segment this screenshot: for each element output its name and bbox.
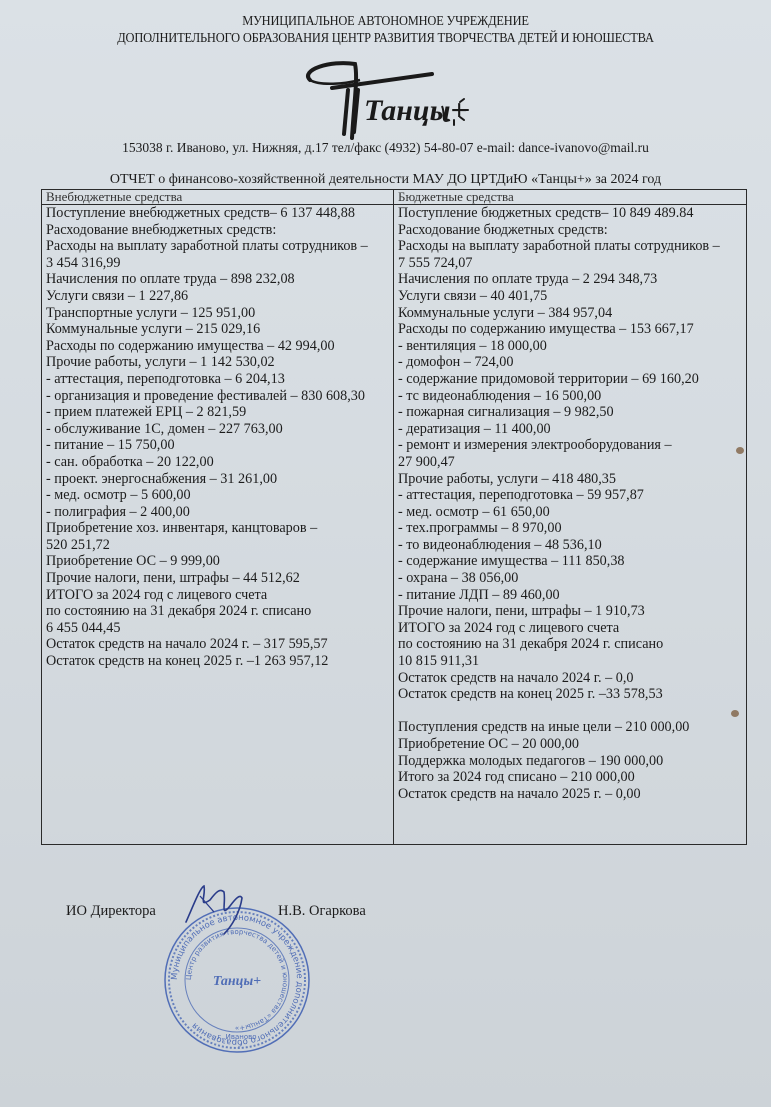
tantsy-logo-icon: Танцы+: [300, 58, 490, 140]
report-line: Остаток средств на конец 2025 г. –1 263 …: [46, 653, 389, 670]
svg-text:Танцы+: Танцы+: [213, 974, 261, 989]
table-header-row: Внебюджетные средства Бюджетные средства: [42, 190, 747, 205]
report-line: Прочие работы, услуги – 1 142 530,02: [46, 354, 389, 371]
report-line: - охрана – 38 056,00: [398, 570, 742, 587]
report-line: Поступления средств на иные цели – 210 0…: [398, 719, 742, 736]
report-line: - ремонт и измерения электрооборудования…: [398, 437, 742, 454]
report-title: ОТЧЕТ о финансово-хозяйственной деятельн…: [0, 172, 771, 188]
report-line: - прием платежей ЕРЦ – 2 821,59: [46, 404, 389, 421]
report-line: Остаток средств на начало 2024 г. – 317 …: [46, 636, 389, 653]
report-line: Коммунальные услуги – 384 957,04: [398, 305, 742, 322]
report-line: Поступление бюджетных средств– 10 849 48…: [398, 205, 742, 222]
report-line: 7 555 724,07: [398, 255, 742, 272]
report-line: - сан. обработка – 20 122,00: [46, 454, 389, 471]
report-line: 10 815 911,31: [398, 653, 742, 670]
report-line: - тс видеонаблюдения – 16 500,00: [398, 388, 742, 405]
paper-speck: [731, 710, 739, 717]
report-line: Остаток средств на начало 2025 г. – 0,00: [398, 786, 742, 803]
report-line: Остаток средств на начало 2024 г. – 0,0: [398, 670, 742, 687]
report-line: - организация и проведение фестивалей – …: [46, 388, 389, 405]
table-body-row: Поступление внебюджетных средств– 6 137 …: [42, 205, 747, 845]
signatory-role: ИО Директора: [66, 903, 156, 920]
report-line: Транспортные услуги – 125 951,00: [46, 305, 389, 322]
report-line: ИТОГО за 2024 год с лицевого счета: [398, 620, 742, 637]
report-line: - тех.программы – 8 970,00: [398, 520, 742, 537]
report-line: 3 454 316,99: [46, 255, 389, 272]
report-line: - аттестация, переподготовка – 59 957,87: [398, 487, 742, 504]
report-line: по состоянию на 31 декабря 2024 г. списа…: [398, 636, 742, 653]
handwritten-signature-icon: [180, 882, 250, 937]
report-line: 520 251,72: [46, 537, 389, 554]
report-line: Расходы по содержанию имущества – 153 66…: [398, 321, 742, 338]
report-line: Приобретение ОС – 20 000,00: [398, 736, 742, 753]
org-name-line-2: ДОПОЛНИТЕЛЬНОГО ОБРАЗОВАНИЯ ЦЕНТР РАЗВИТ…: [31, 29, 740, 46]
report-line: Приобретение хоз. инвентаря, канцтоваров…: [46, 520, 389, 537]
report-line: - вентиляция – 18 000,00: [398, 338, 742, 355]
report-line: Прочие работы, услуги – 418 480,35: [398, 471, 742, 488]
report-line: - полиграфия – 2 400,00: [46, 504, 389, 521]
report-line: Расходы на выплату заработной платы сотр…: [46, 238, 389, 255]
svg-text:Танцы+: Танцы+: [364, 94, 468, 127]
report-line: Услуги связи – 40 401,75: [398, 288, 742, 305]
org-name-line-1: МУНИЦИПАЛЬНОЕ АВТОНОМНОЕ УЧРЕЖДЕНИЕ: [31, 12, 740, 29]
budgetary-column: Поступление бюджетных средств– 10 849 48…: [394, 205, 747, 845]
report-line: Поступление внебюджетных средств– 6 137 …: [46, 205, 389, 222]
report-line: Коммунальные услуги – 215 029,16: [46, 321, 389, 338]
report-line: Начисления по оплате труда – 898 232,08: [46, 271, 389, 288]
report-line: Начисления по оплате труда – 2 294 348,7…: [398, 271, 742, 288]
report-line: - проект. энергоснабжения – 31 261,00: [46, 471, 389, 488]
spacer: [398, 703, 742, 720]
report-line: - питание – 15 750,00: [46, 437, 389, 454]
report-line: 27 900,47: [398, 454, 742, 471]
report-line: - содержание имущества – 111 850,38: [398, 553, 742, 570]
report-line: - домофон – 724,00: [398, 354, 742, 371]
report-line: Приобретение ОС – 9 999,00: [46, 553, 389, 570]
report-line: - мед. осмотр – 5 600,00: [46, 487, 389, 504]
report-line: Прочие налоги, пени, штрафы – 1 910,73: [398, 603, 742, 620]
report-line: Расходование внебюджетных средств:: [46, 222, 389, 239]
report-line: - содержание придомовой территории – 69 …: [398, 371, 742, 388]
report-line: Итого за 2024 год списано – 210 000,00: [398, 769, 742, 786]
extrabudgetary-column: Поступление внебюджетных средств– 6 137 …: [42, 205, 394, 845]
report-line: - питание ЛДП – 89 460,00: [398, 587, 742, 604]
report-line: Поддержка молодых педагогов – 190 000,00: [398, 753, 742, 770]
header-budgetary: Бюджетные средства: [394, 190, 747, 205]
report-line: - то видеонаблюдения – 48 536,10: [398, 537, 742, 554]
report-line: - обслуживание 1С, домен – 227 763,00: [46, 421, 389, 438]
report-line: Остаток средств на конец 2025 г. –33 578…: [398, 686, 742, 703]
report-line: Расходы на выплату заработной платы сотр…: [398, 238, 742, 255]
report-line: 6 455 044,45: [46, 620, 389, 637]
report-line: - пожарная сигнализация – 9 982,50: [398, 404, 742, 421]
paper-speck: [736, 447, 744, 454]
report-line: - аттестация, переподготовка – 6 204,13: [46, 371, 389, 388]
financial-report-table: Внебюджетные средства Бюджетные средства…: [41, 189, 747, 845]
header-extrabudgetary: Внебюджетные средства: [42, 190, 394, 205]
report-line: - дератизация – 11 400,00: [398, 421, 742, 438]
report-line: Услуги связи – 1 227,86: [46, 288, 389, 305]
address-line: 153038 г. Иваново, ул. Нижняя, д.17 тел/…: [0, 140, 771, 156]
report-line: Расходование бюджетных средств:: [398, 222, 742, 239]
report-line: ИТОГО за 2024 год с лицевого счета: [46, 587, 389, 604]
report-line: Расходы по содержанию имущества – 42 994…: [46, 338, 389, 355]
report-line: Прочие налоги, пени, штрафы – 44 512,62: [46, 570, 389, 587]
report-line: - мед. осмотр – 61 650,00: [398, 504, 742, 521]
svg-text:г. Иваново: г. Иваново: [217, 1033, 256, 1041]
report-line: по состоянию на 31 декабря 2024 г. списа…: [46, 603, 389, 620]
